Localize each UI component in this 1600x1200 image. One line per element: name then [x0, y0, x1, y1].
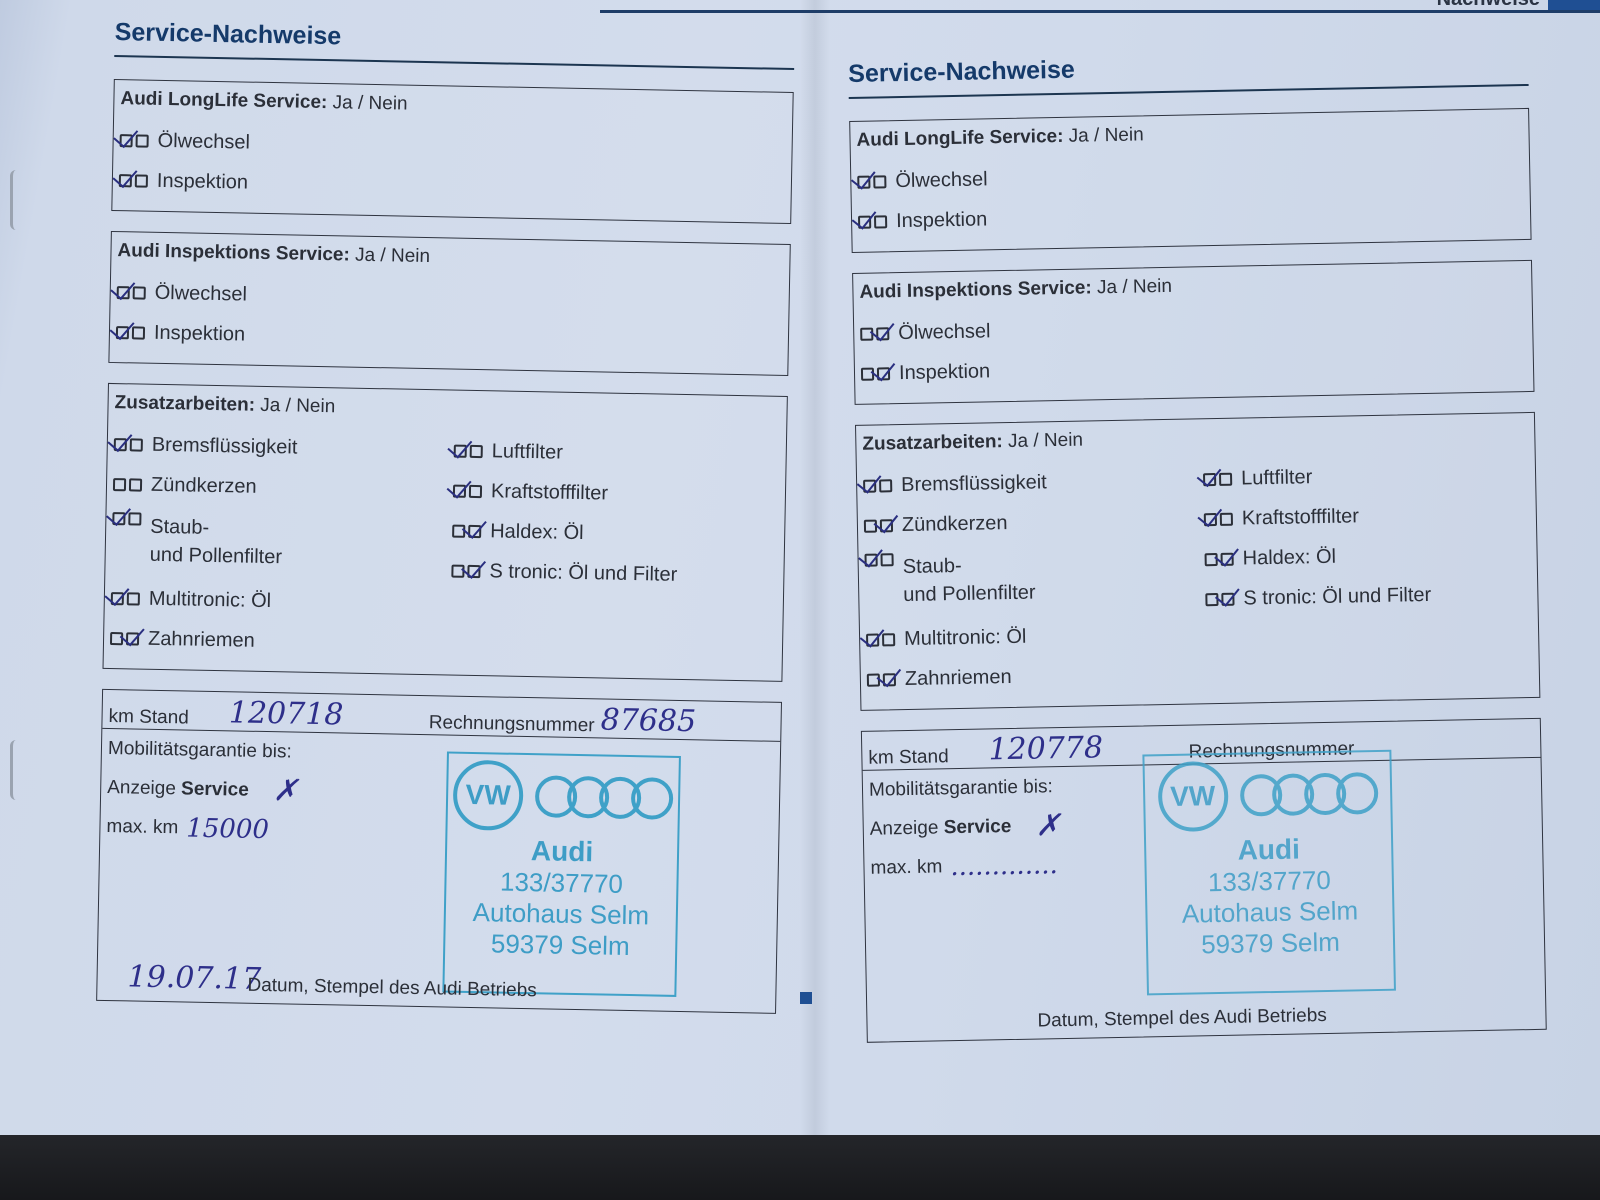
ja-checkbox[interactable]: [112, 512, 125, 525]
right-page: Service-Nachweise Audi LongLife Service:…: [848, 47, 1547, 1043]
page-number: 23: [1548, 0, 1600, 10]
ja-checkbox[interactable]: [111, 592, 124, 605]
dealer-stamp: VW Audi 133/37770 Autohaus Selm 59379 Se…: [442, 752, 681, 997]
ja-checkbox[interactable]: [866, 633, 879, 646]
km-label: km Stand: [868, 746, 949, 770]
checklist-item: Zündkerzen: [864, 499, 1205, 546]
checklist-label: Ölwechsel: [895, 168, 988, 193]
stamp-brand: Audi: [447, 834, 678, 870]
checklist-label: Haldex: Öl: [490, 520, 584, 545]
nein-checkbox[interactable]: [874, 215, 887, 228]
longlife-title: Audi LongLife Service: Ja / Nein: [856, 117, 1522, 152]
zusatz-title: Zusatzarbeiten: Ja / Nein: [862, 421, 1528, 456]
checklist-label: Kraftstofffilter: [1242, 505, 1360, 530]
checklist-item: Luftfilter: [1203, 453, 1524, 499]
section-title: Service-Nachweise: [848, 47, 1529, 99]
dealer-stamp: VW Audi 133/37770 Autohaus Selm 59379 Se…: [1142, 750, 1396, 996]
left-page: Service-Nachweise Audi LongLife Service:…: [96, 18, 795, 1014]
vw-logo-icon: VW: [452, 760, 523, 831]
checklist-label: Ölwechsel: [155, 281, 248, 306]
zusatz-title: Zusatzarbeiten: Ja / Nein: [114, 392, 780, 427]
max-km-value[interactable]: .............: [950, 850, 1058, 882]
nein-checkbox[interactable]: [133, 286, 146, 299]
checklist-label: Inspektion: [896, 208, 988, 233]
nein-checkbox[interactable]: [882, 633, 895, 646]
checklist-item: Staub-und Pollenfilter: [111, 504, 452, 585]
datum-stamp-label: Datum, Stempel des Audi Betriebs: [1037, 1005, 1327, 1033]
zusatzarbeiten-box: Zusatzarbeiten: Ja / Nein Bremsflüssigke…: [855, 412, 1540, 711]
checklist-label: Inspektion: [157, 169, 249, 194]
ja-checkbox[interactable]: [864, 554, 877, 567]
service-indicator-value[interactable]: ✗: [272, 773, 298, 808]
checklist-item: Zündkerzen: [113, 464, 454, 511]
max-km-value[interactable]: 15000: [186, 813, 269, 845]
service-indicator-value[interactable]: ✗: [1035, 808, 1061, 843]
checklist-label: Zündkerzen: [151, 473, 257, 498]
checklist-item: Zahnriemen: [867, 653, 1208, 700]
ja-checkbox[interactable]: [117, 286, 130, 299]
checklist-item: S tronic: Öl und Filter: [451, 551, 772, 597]
checklist-item: Zahnriemen: [110, 618, 451, 665]
binder-ring: [10, 170, 25, 230]
nein-checkbox[interactable]: [135, 174, 148, 187]
section-title: Service-Nachweise: [114, 18, 795, 70]
ja-checkbox[interactable]: [1203, 473, 1216, 486]
checklist-label: Bremsflüssigkeit: [152, 433, 298, 459]
service-record-box: km Stand 120778 Rechnungsnummer Mobilitä…: [861, 718, 1547, 1043]
ja-checkbox[interactable]: [116, 326, 129, 339]
checklist-item: Kraftstofffilter: [453, 471, 774, 517]
checklist-item: Haldex: Öl: [1204, 533, 1525, 579]
stamp-brand: Audi: [1146, 832, 1392, 869]
checklist-label: Ölwechsel: [157, 129, 250, 154]
invoice-label: Rechnungsnummer: [429, 712, 595, 737]
checklist-item: Luftfilter: [453, 431, 774, 477]
nein-checkbox[interactable]: [126, 632, 139, 645]
nein-checkbox[interactable]: [129, 478, 142, 491]
nein-checkbox[interactable]: [880, 553, 893, 566]
nein-checkbox[interactable]: [127, 592, 140, 605]
vw-logo-icon: VW: [1157, 761, 1228, 832]
checklist-label: Zahnriemen: [905, 665, 1012, 690]
mobility-label: Mobilitätsgarantie bis:: [108, 738, 292, 764]
checklist-label: Luftfilter: [492, 440, 564, 464]
nein-checkbox[interactable]: [1221, 592, 1234, 605]
checklist-label: Bremsflüssigkeit: [901, 471, 1047, 497]
binder-ring: [10, 740, 25, 800]
ja-checkbox[interactable]: [113, 478, 126, 491]
checklist-label: Zahnriemen: [148, 627, 255, 652]
service-record-box: km Stand 120718 Rechnungsnummer 87685 Mo…: [96, 689, 782, 1014]
checklist-label: Ölwechsel: [898, 320, 991, 345]
checklist-item: Bremsflüssigkeit: [113, 424, 454, 471]
stamp-dealer-name: Autohaus Selm: [1147, 895, 1393, 931]
invoice-value[interactable]: 87685: [600, 702, 696, 739]
stamp-number: 133/37770: [1147, 864, 1393, 900]
audi-rings-icon: [1239, 772, 1378, 817]
km-label: km Stand: [108, 706, 189, 730]
ja-checkbox[interactable]: [114, 438, 127, 451]
nein-checkbox[interactable]: [469, 484, 482, 497]
ja-checkbox[interactable]: [119, 174, 132, 187]
checklist-label: S tronic: Öl und Filter: [489, 560, 677, 587]
longlife-service-box: Audi LongLife Service: Ja / Nein Ölwechs…: [849, 108, 1531, 253]
stamp-city: 59379 Selm: [445, 928, 676, 963]
service-date[interactable]: 19.07.17: [127, 959, 261, 997]
nein-checkbox[interactable]: [470, 444, 483, 457]
zusatzarbeiten-box: Zusatzarbeiten: Ja / Nein Bremsflüssigke…: [103, 383, 788, 682]
ja-checkbox[interactable]: [858, 215, 871, 228]
inspektion-service-box: Audi Inspektions Service: Ja / Nein Ölwe…: [852, 260, 1534, 405]
audi-rings-icon: [535, 775, 674, 820]
checklist-label: Inspektion: [154, 321, 246, 346]
nein-checkbox[interactable]: [1220, 512, 1233, 525]
checklist-item: S tronic: Öl und Filter: [1205, 573, 1526, 619]
checklist-label: Haldex: Öl: [1242, 545, 1336, 570]
service-booklet-spread: Nachweise 23 Service-Nachweise Audi Long…: [0, 0, 1600, 1135]
ja-checkbox[interactable]: [453, 484, 466, 497]
checklist-label: S tronic: Öl und Filter: [1243, 583, 1431, 610]
nein-checkbox[interactable]: [880, 519, 893, 532]
checklist-item: Staub-und Pollenfilter: [864, 539, 1205, 620]
longlife-title: Audi LongLife Service: Ja / Nein: [120, 88, 786, 123]
checklist-label: Staub-und Pollenfilter: [902, 551, 1035, 610]
ja-checkbox[interactable]: [1204, 513, 1217, 526]
stamp-dealer-name: Autohaus Selm: [446, 897, 677, 932]
nein-checkbox[interactable]: [130, 438, 143, 451]
checklist-item: Multitronic: Öl: [866, 613, 1207, 660]
checklist-label: Multitronic: Öl: [149, 587, 272, 612]
mobility-label: Mobilitätsgarantie bis:: [869, 776, 1053, 802]
longlife-service-box: Audi LongLife Service: Ja / Nein Ölwechs…: [111, 79, 793, 224]
nein-checkbox[interactable]: [136, 134, 149, 147]
inspektion-title: Audi Inspektions Service: Ja / Nein: [117, 240, 783, 275]
max-km-label: max. km: [106, 815, 178, 838]
km-value[interactable]: 120718: [229, 695, 430, 734]
checklist-item: Kraftstofffilter: [1203, 493, 1524, 539]
nein-checkbox[interactable]: [128, 512, 141, 525]
ja-checkbox[interactable]: [454, 444, 467, 457]
checklist-label: Staub-und Pollenfilter: [149, 513, 282, 572]
service-label: Anzeige Service: [107, 776, 249, 801]
stamp-number: 133/37770: [446, 866, 677, 901]
datum-stamp-label: Datum, Stempel des Audi Betriebs: [247, 975, 537, 1003]
nein-checkbox[interactable]: [873, 175, 886, 188]
book-spine: [800, 0, 830, 1135]
nein-checkbox[interactable]: [879, 479, 892, 492]
nein-checkbox[interactable]: [1221, 552, 1234, 565]
max-km-label: max. km: [870, 856, 942, 879]
nein-checkbox[interactable]: [877, 367, 890, 380]
nein-checkbox[interactable]: [876, 327, 889, 340]
ja-checkbox[interactable]: [863, 479, 876, 492]
checklist-item: Haldex: Öl: [452, 511, 773, 557]
ja-checkbox[interactable]: [120, 134, 133, 147]
checklist-item: Bremsflüssigkeit: [863, 459, 1204, 506]
nein-checkbox[interactable]: [1219, 472, 1232, 485]
service-label: Anzeige Service: [870, 816, 1012, 841]
checklist-item: Multitronic: Öl: [110, 578, 451, 625]
inspektion-title: Audi Inspektions Service: Ja / Nein: [859, 269, 1525, 304]
stamp-city: 59379 Selm: [1148, 926, 1394, 962]
checklist-label: Luftfilter: [1241, 466, 1313, 490]
nein-checkbox[interactable]: [883, 673, 896, 686]
checklist-label: Inspektion: [899, 360, 991, 385]
nein-checkbox[interactable]: [468, 524, 481, 537]
ja-checkbox[interactable]: [857, 175, 870, 188]
nein-checkbox[interactable]: [467, 564, 480, 577]
checklist-label: Multitronic: Öl: [904, 625, 1027, 650]
inspektion-service-box: Audi Inspektions Service: Ja / Nein Ölwe…: [108, 231, 790, 376]
nein-checkbox[interactable]: [132, 326, 145, 339]
running-title: Nachweise: [1437, 0, 1540, 11]
checklist-label: Zündkerzen: [902, 512, 1008, 537]
page-end-marker: [800, 992, 812, 1004]
checklist-label: Kraftstofffilter: [491, 480, 609, 505]
